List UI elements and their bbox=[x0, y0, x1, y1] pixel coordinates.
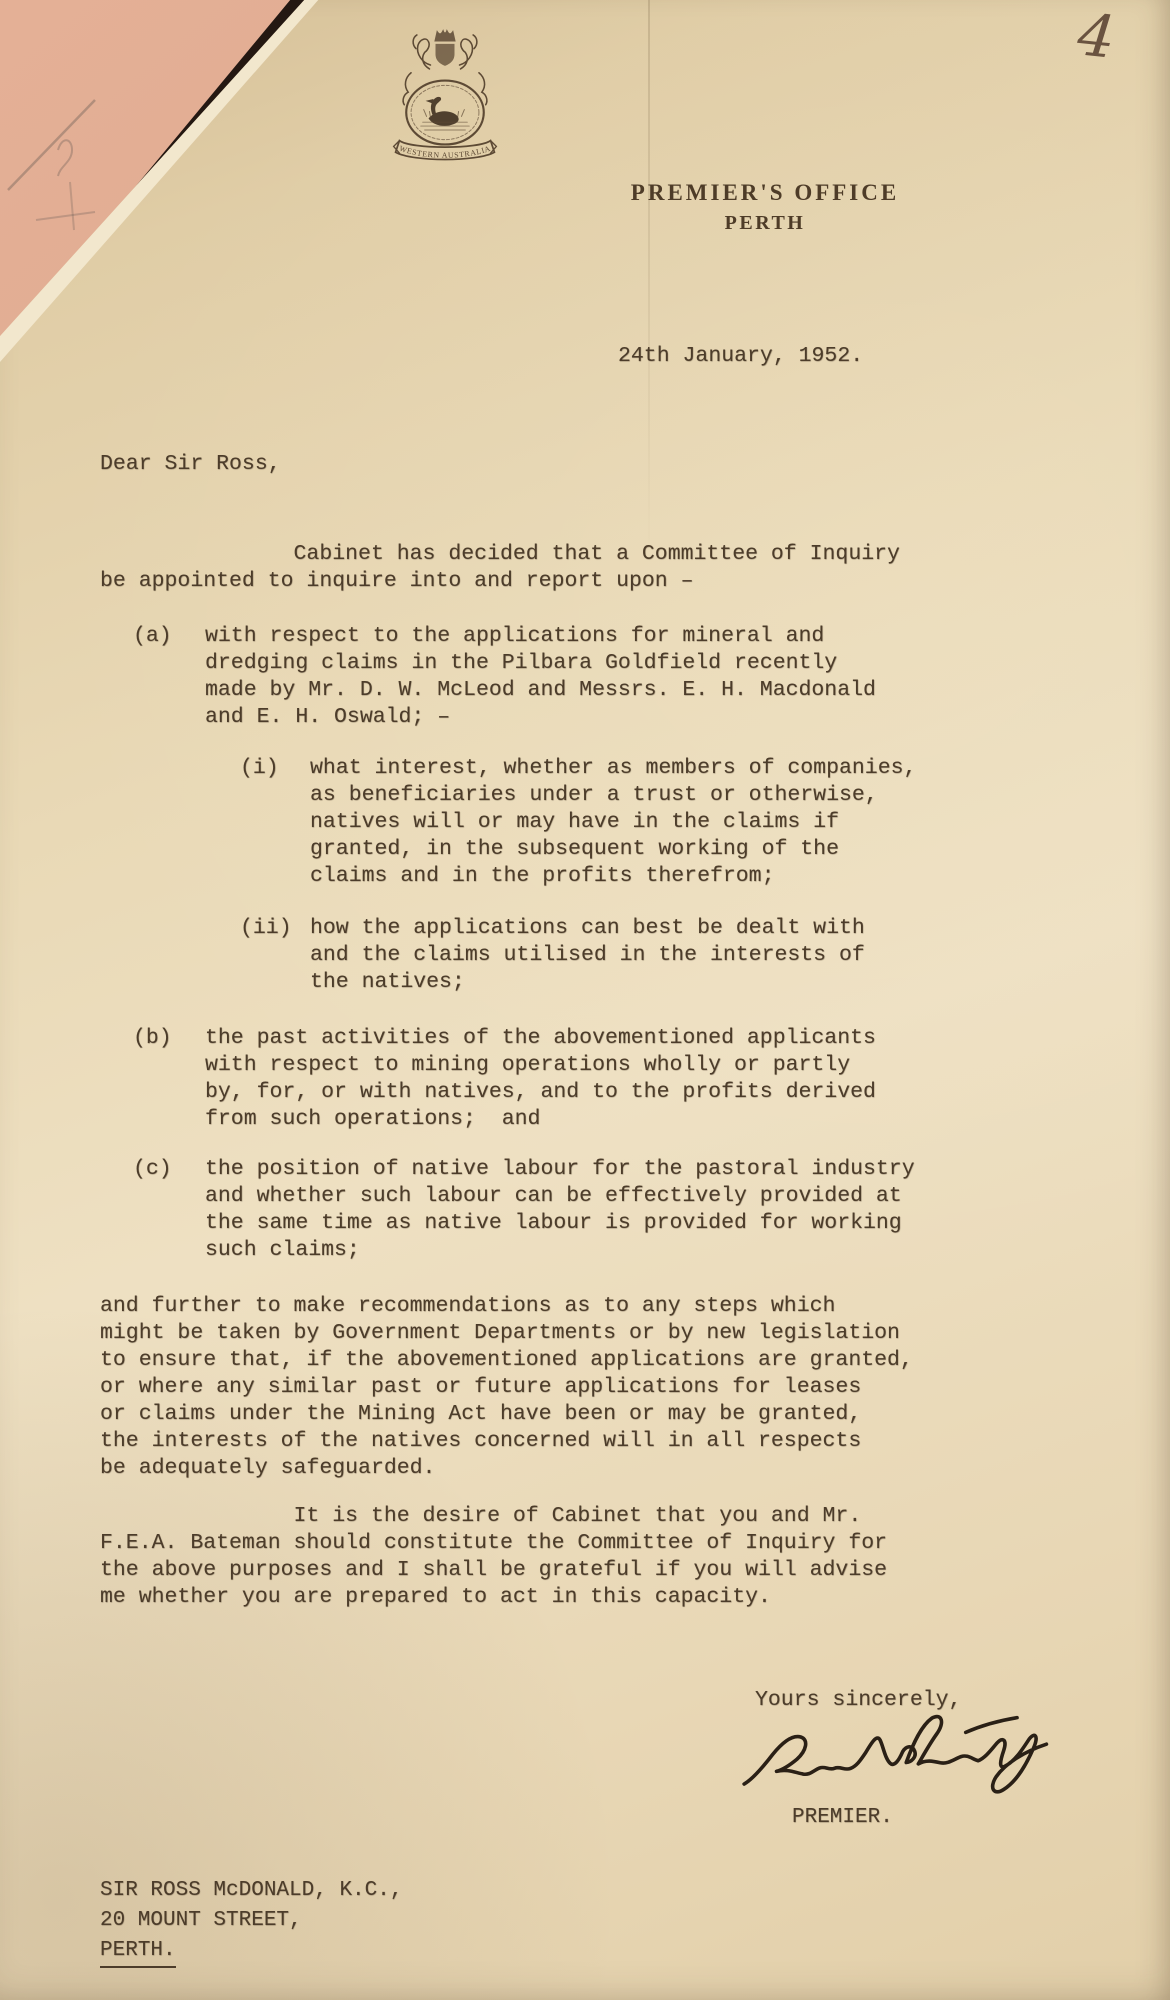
item-label: (b) bbox=[100, 1025, 205, 1133]
item-label: (ii) bbox=[100, 915, 310, 996]
handwritten-page-number: 4 bbox=[1075, 0, 1119, 71]
letter-body: Dear Sir Ross, Cabinet has decided that … bbox=[100, 451, 1000, 1611]
date-line: 24th January, 1952. bbox=[618, 344, 863, 368]
salutation: Dear Sir Ross, bbox=[100, 451, 1000, 478]
item-label: (a) bbox=[100, 623, 205, 731]
list-item-ii: (ii) how the applications can best be de… bbox=[100, 915, 1000, 996]
list-item-i: (i) what interest, whether as members of… bbox=[100, 755, 1000, 890]
addressee-block: SIR ROSS McDONALD, K.C., 20 MOUNT STREET… bbox=[100, 1876, 402, 1968]
item-text: the past activities of the abovementione… bbox=[205, 1025, 876, 1133]
item-text: the position of native labour for the pa… bbox=[205, 1156, 915, 1264]
closing-paragraph: It is the desire of Cabinet that you and… bbox=[100, 1503, 1000, 1611]
scanned-letter-page: 4 bbox=[0, 0, 1170, 2000]
addressee-city: PERTH. bbox=[100, 1936, 176, 1968]
item-label: (c) bbox=[100, 1156, 205, 1264]
further-paragraph: and further to make recommendations as t… bbox=[100, 1293, 1000, 1482]
item-text: how the applications can best be dealt w… bbox=[310, 915, 865, 996]
item-label: (i) bbox=[100, 755, 310, 890]
letterhead: PREMIER'S OFFICE PERTH bbox=[560, 180, 970, 235]
signatory-title: PREMIER. bbox=[792, 1806, 893, 1829]
letter-paper: 4 bbox=[0, 0, 1170, 2000]
western-australia-coat-of-arms: WESTERN AUSTRALIA bbox=[382, 24, 508, 170]
intro-paragraph: Cabinet has decided that a Committee of … bbox=[100, 541, 1000, 595]
item-text: with respect to the applications for min… bbox=[205, 623, 876, 731]
office-city: PERTH bbox=[560, 212, 970, 235]
list-item-b: (b) the past activities of the abovement… bbox=[100, 1025, 1000, 1133]
office-title: PREMIER'S OFFICE bbox=[560, 180, 970, 206]
item-text: what interest, whether as members of com… bbox=[310, 755, 916, 890]
addressee-name: SIR ROSS McDONALD, K.C., bbox=[100, 1876, 402, 1906]
list-item-a: (a) with respect to the applications for… bbox=[100, 623, 1000, 731]
addressee-street: 20 MOUNT STREET, bbox=[100, 1906, 402, 1936]
list-item-c: (c) the position of native labour for th… bbox=[100, 1156, 1000, 1264]
